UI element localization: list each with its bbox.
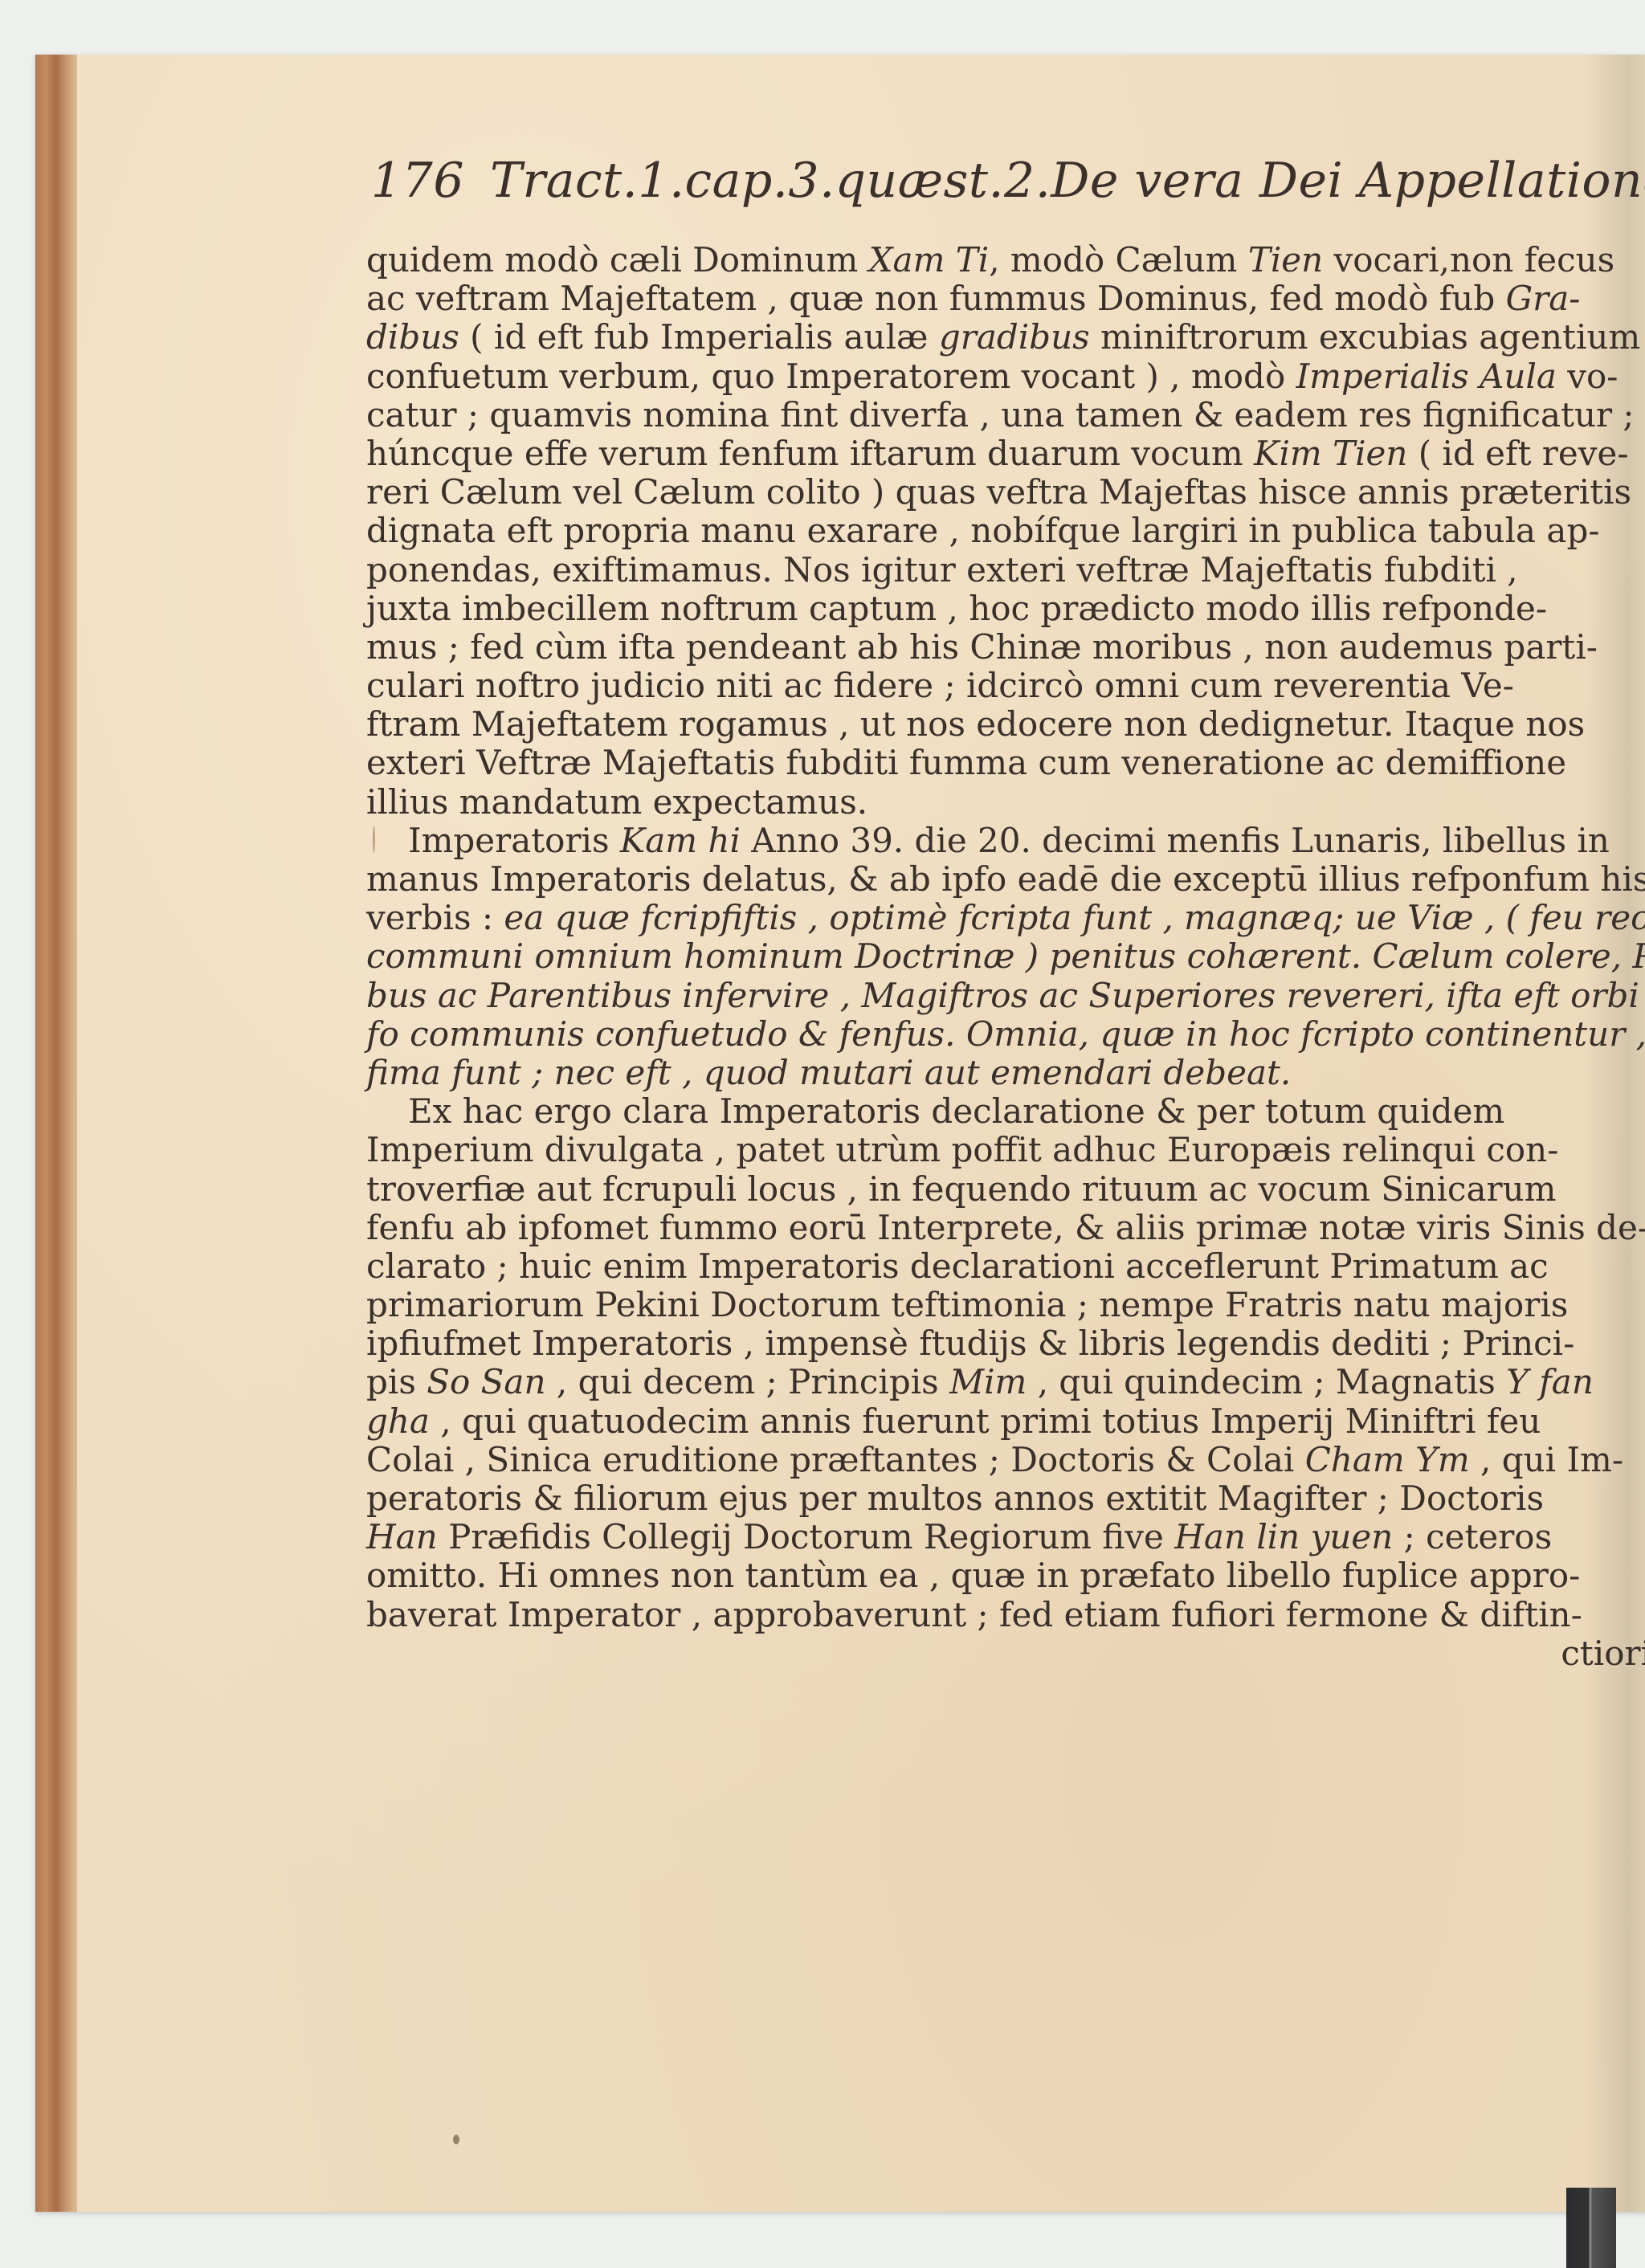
text-line: peratoris & filiorum ejus per multos ann…: [366, 1479, 1645, 1518]
text-segment: , qui quindecim ; Magnatis: [1027, 1362, 1506, 1401]
text-segment: Anno 39. die 20. decimi menfis Lunaris, …: [741, 821, 1610, 860]
italic-segment: ea quæ fcripfiftis , optimè fcripta funt…: [504, 898, 1645, 937]
italic-segment: gha: [366, 1401, 430, 1441]
text-line: verbis : ea quæ fcripfiftis , optimè fcr…: [366, 899, 1645, 937]
ink-speck: [373, 826, 375, 853]
text-line: culari noftro judicio niti ac fidere ; i…: [366, 667, 1645, 705]
text-segment: illius mandatum expectamus.: [366, 782, 867, 822]
italic-segment: So San: [427, 1362, 545, 1401]
text-line: quidem modò cæli Dominum Xam Ti, modò Cæ…: [366, 241, 1645, 279]
text-line: ac veftram Majeftatem , quæ non fummus D…: [366, 279, 1645, 318]
ink-speck: [453, 2135, 459, 2144]
text-line: fenfu ab ipfomet fummo eorū Interprete, …: [366, 1209, 1645, 1247]
text-segment: , qui Im-: [1470, 1440, 1623, 1479]
text-line: juxta imbecillem noftrum captum , hoc pr…: [366, 589, 1645, 628]
text-line: húncque effe verum fenfum iftarum duarum…: [366, 434, 1645, 473]
italic-segment: Imperialis Aula: [1296, 357, 1557, 396]
text-line: dibus ( id eft fub Imperialis aulæ gradi…: [366, 318, 1645, 357]
italic-segment: bus ac Parentibus infervire , Magiftros …: [366, 976, 1645, 1015]
book-page: 176Tract.1.cap.3.quæst.2.De vera Dei App…: [35, 55, 1645, 2212]
body-text: quidem modò cæli Dominum Xam Ti, modò Cæ…: [366, 241, 1645, 1673]
text-segment: culari noftro judicio niti ac fidere ; i…: [366, 666, 1514, 705]
text-segment: dignata eft propria manu exarare , nobíf…: [366, 511, 1600, 550]
text-line: omitto. Hi omnes non tantùm ea , quæ in …: [366, 1556, 1645, 1595]
italic-segment: Mim: [949, 1362, 1027, 1401]
text-line: clarato ; huic enim Imperatoris declarat…: [366, 1247, 1645, 1286]
text-segment: reri Cælum vel Cælum colito ) quas veftr…: [366, 472, 1631, 512]
text-segment: ponendas, exiftimamus. Nos igitur exteri…: [366, 550, 1518, 589]
text-line: Han Præfidis Collegij Doctorum Regiorum …: [366, 1518, 1645, 1556]
text-line: pis So San , qui decem ; Principis Mim ,…: [366, 1363, 1645, 1401]
italic-segment: Han: [366, 1517, 438, 1556]
text-line: gha , qui quatuodecim annis fuerunt prim…: [366, 1402, 1645, 1441]
text-line: illius mandatum expectamus.: [366, 783, 1645, 822]
text-segment: clarato ; huic enim Imperatoris declarat…: [366, 1246, 1549, 1286]
text-line: ipfiufmet Imperatoris , impensè ftudijs …: [366, 1324, 1645, 1363]
running-head: 176Tract.1.cap.3.quæst.2.De vera Dei App…: [371, 153, 1645, 209]
text-line: dignata eft propria manu exarare , nobíf…: [366, 512, 1645, 550]
text-line: confuetum verbum, quo Imperatorem vocant…: [366, 357, 1645, 396]
text-segment: ctiori: [1561, 1634, 1645, 1673]
italic-segment: Xam Ti: [869, 240, 990, 279]
text-segment: pis: [366, 1362, 427, 1401]
text-line: primariorum Pekini Doctorum teftimonia ;…: [366, 1286, 1645, 1324]
text-line: bus ac Parentibus infervire , Magiftros …: [366, 977, 1645, 1015]
text-segment: fenfu ab ipfomet fummo eorū Interprete, …: [366, 1208, 1645, 1247]
bookmark-ribbon: [1566, 2188, 1616, 2268]
italic-segment: fima funt ; nec eft , quod mutari aut em…: [366, 1053, 1291, 1092]
text-segment: quidem modò cæli Dominum: [366, 240, 869, 279]
italic-segment: fo communis confuetudo & fenfus. Omnia, …: [366, 1014, 1645, 1054]
text-segment: peratoris & filiorum ejus per multos ann…: [366, 1479, 1544, 1518]
text-segment: catur ; quamvis nomina fint diverfa , un…: [366, 395, 1635, 434]
text-line: mus ; fed cùm ifta pendeant ab his Chinæ…: [366, 628, 1645, 667]
text-segment: , qui quatuodecim annis fuerunt primi to…: [430, 1401, 1541, 1441]
text-line: ctiori: [366, 1634, 1645, 1673]
text-line: Imperatoris Kam hi Anno 39. die 20. deci…: [366, 822, 1645, 860]
text-segment: , modò Cælum: [989, 240, 1248, 279]
text-segment: ; ceteros: [1393, 1517, 1552, 1556]
italic-segment: Han lin yuen: [1174, 1517, 1393, 1556]
text-segment: miniftrorum excubias agentium: [1090, 317, 1641, 357]
text-segment: húncque effe verum fenfum iftarum duarum…: [366, 434, 1254, 473]
page-edge-stack: [35, 55, 77, 2212]
text-segment: ac veftram Majeftatem , quæ non fummus D…: [366, 279, 1506, 318]
text-segment: baverat Imperator , approbaverunt ; fed …: [366, 1595, 1582, 1634]
text-line: communi omnium hominum Doctrinæ ) penitu…: [366, 937, 1645, 976]
text-line: ponendas, exiftimamus. Nos igitur exteri…: [366, 551, 1645, 589]
text-segment: confuetum verbum, quo Imperatorem vocant…: [366, 357, 1296, 396]
text-line: Ex hac ergo clara Imperatoris declaratio…: [366, 1092, 1645, 1131]
italic-segment: Kim Tien: [1254, 434, 1407, 473]
text-segment: vo-: [1557, 357, 1618, 396]
text-segment: ipfiufmet Imperatoris , impensè ftudijs …: [366, 1324, 1574, 1363]
italic-segment: Cham Ym: [1305, 1440, 1470, 1479]
text-line: fima funt ; nec eft , quod mutari aut em…: [366, 1054, 1645, 1092]
text-segment: ( id eft fub Imperialis aulæ: [459, 317, 939, 357]
italic-segment: Y fan: [1506, 1362, 1594, 1401]
text-segment: verbis :: [366, 898, 504, 937]
text-line: baverat Imperator , approbaverunt ; fed …: [366, 1596, 1645, 1634]
text-segment: manus Imperatoris delatus, & ab ipfo ead…: [366, 859, 1645, 899]
text-segment: primariorum Pekini Doctorum teftimonia ;…: [366, 1285, 1568, 1324]
text-line: fo communis confuetudo & fenfus. Omnia, …: [366, 1015, 1645, 1054]
text-segment: , qui decem ; Principis: [546, 1362, 950, 1401]
italic-segment: communi omnium hominum Doctrinæ ) penitu…: [366, 936, 1645, 976]
running-head-title: Tract.1.cap.3.quæst.2.De vera Dei Appell…: [490, 153, 1645, 209]
text-line: ftram Majeftatem rogamus , ut nos edocer…: [366, 705, 1645, 744]
text-segment: exteri Veftræ Majeftatis fubditi fumma c…: [366, 743, 1566, 782]
italic-segment: gradibus: [939, 317, 1090, 357]
text-line: exteri Veftræ Majeftatis fubditi fumma c…: [366, 744, 1645, 782]
text-line: catur ; quamvis nomina fint diverfa , un…: [366, 396, 1645, 434]
text-segment: omitto. Hi omnes non tantùm ea , quæ in …: [366, 1556, 1580, 1595]
text-segment: ( id eft reve-: [1407, 434, 1628, 473]
italic-segment: Tien: [1248, 240, 1323, 279]
page-number: 176: [371, 153, 464, 209]
text-segment: Ex hac ergo clara Imperatoris declaratio…: [408, 1091, 1504, 1131]
text-segment: vocari,non fecus: [1323, 240, 1614, 279]
text-segment: Imperatoris: [408, 821, 620, 860]
text-segment: Colai , Sinica eruditione præftantes ; D…: [366, 1440, 1305, 1479]
text-line: troverfiæ aut fcrupuli locus , in fequen…: [366, 1170, 1645, 1209]
text-line: manus Imperatoris delatus, & ab ipfo ead…: [366, 860, 1645, 899]
italic-segment: dibus: [366, 317, 459, 357]
text-segment: mus ; fed cùm ifta pendeant ab his Chinæ…: [366, 627, 1598, 667]
text-segment: ftram Majeftatem rogamus , ut nos edocer…: [366, 704, 1585, 744]
text-line: reri Cælum vel Cælum colito ) quas veftr…: [366, 473, 1645, 512]
text-segment: Imperium divulgata , patet utrùm poffit …: [366, 1130, 1558, 1169]
text-line: Imperium divulgata , patet utrùm poffit …: [366, 1131, 1645, 1169]
italic-segment: Gra-: [1506, 279, 1581, 318]
text-segment: juxta imbecillem noftrum captum , hoc pr…: [366, 589, 1547, 628]
text-segment: Præfidis Collegij Doctorum Regiorum five: [438, 1517, 1175, 1556]
text-line: Colai , Sinica eruditione præftantes ; D…: [366, 1441, 1645, 1479]
italic-segment: Kam hi: [620, 821, 741, 860]
text-segment: troverfiæ aut fcrupuli locus , in fequen…: [366, 1169, 1556, 1209]
